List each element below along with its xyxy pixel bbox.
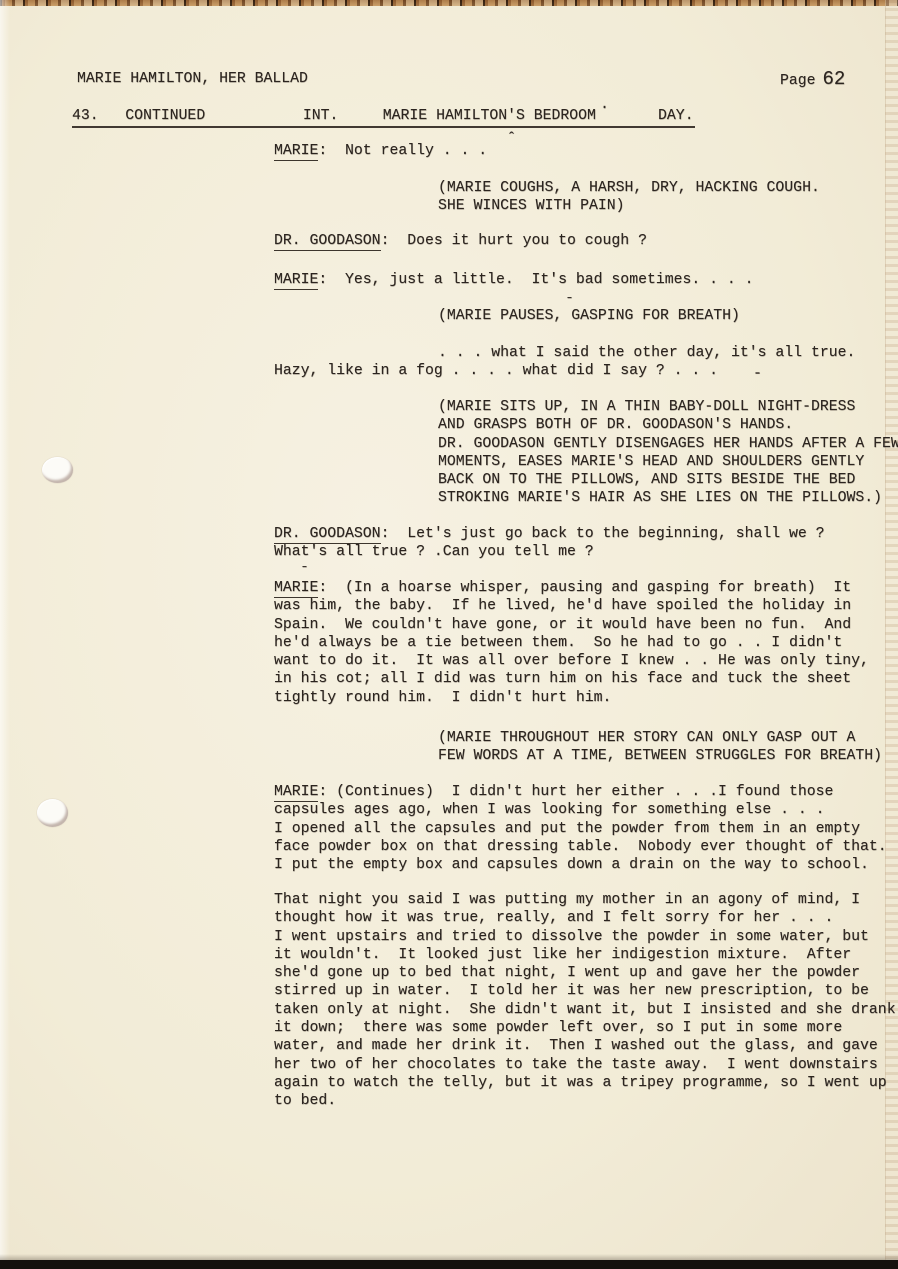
script-line: face powder box on that dressing table. … [274,838,887,856]
script-line: tightly round him. I didn't hurt him. [274,689,869,707]
speaker-name: MARIE [274,580,318,598]
script-line: in his cot; all I did was turn him on hi… [274,670,869,688]
script-line: Spain. We couldn't have gone, or it woul… [274,616,869,634]
script-line: want to do it. It was all over before I … [274,652,869,670]
script-line: she'd gone up to bed that night, I went … [274,964,896,982]
dialogue-goodason-beginning: DR. GOODASON: Let's just go back to the … [274,525,825,562]
stage-direction-gasp: (MARIE THROUGHOUT HER STORY CAN ONLY GAS… [438,729,882,766]
script-line: I opened all the capsules and put the po… [274,820,887,838]
script-line: it wouldn't. It looked just like her ind… [274,946,896,964]
speaker-name: MARIE [274,143,318,161]
script-line: (MARIE COUGHS, A HARSH, DRY, HACKING COU… [438,179,820,197]
dialogue-marie-what-i-said: . . . what I said the other day, it's al… [438,344,855,362]
page-number: Page62 [780,68,845,90]
script-line: SHE WINCES WITH PAIN) [438,197,820,215]
dialogue-goodason-hurt: DR. GOODASON: Does it hurt you to cough … [274,232,647,250]
speaker-name: DR. GOODASON [274,526,381,544]
stray-typewriter-mark: . [600,100,609,110]
script-line: DR. GOODASON: Does it hurt you to cough … [274,232,647,250]
script-line: DR. GOODASON: Let's just go back to the … [274,525,825,543]
script-line: he'd always be a tie between them. So he… [274,634,869,652]
script-line: to bed. [274,1092,896,1110]
script-line: taken only at night. She didn't want it,… [274,1001,896,1019]
stray-typewriter-mark: ˉ [565,299,574,309]
speaker-name: MARIE [274,784,318,802]
script-line: (MARIE SITS UP, IN A THIN BABY-DOLL NIGH… [438,398,898,416]
punch-hole-bottom [37,799,68,827]
dialogue-marie-not-really: MARIE: Not really . . . [274,142,487,160]
script-line: (MARIE PAUSES, GASPING FOR BREATH) [438,307,740,325]
dialogue-marie-hazy: Hazy, like in a fog . . . . what did I s… [274,362,718,380]
stray-typewriter-mark: ˉ [300,568,309,578]
script-line: stirred up in water. I told her it was h… [274,982,896,1000]
page-top-edge [0,0,898,6]
page-number-value: 62 [823,68,846,90]
script-line: MARIE: Yes, just a little. It's bad some… [274,271,754,289]
dialogue-marie-that-night: That night you said I was putting my mot… [274,891,896,1111]
stage-direction-pauses: (MARIE PAUSES, GASPING FOR BREATH) [438,307,740,325]
script-line: it down; there was some powder left over… [274,1019,896,1037]
script-line: again to watch the telly, but it was a t… [274,1074,896,1092]
punch-hole-top [42,457,73,483]
script-line: . . . what I said the other day, it's al… [438,344,855,362]
script-line: MARIE: (In a hoarse whisper, pausing and… [274,579,869,597]
script-line: (MARIE THROUGHOUT HER STORY CAN ONLY GAS… [438,729,882,747]
stage-direction-coughs: (MARIE COUGHS, A HARSH, DRY, HACKING COU… [438,179,820,216]
page-label: Page [780,73,816,89]
script-line: BACK ON TO THE PILLOWS, AND SITS BESIDE … [438,471,898,489]
script-line: FEW WORDS AT A TIME, BETWEEN STRUGGLES F… [438,747,882,765]
script-line: MARIE: (Continues) I didn't hurt her eit… [274,783,887,801]
script-page: MARIE HAMILTON, HER BALLAD Page62 43. CO… [0,0,898,1269]
script-line: water, and made her drink it. Then I was… [274,1037,896,1055]
script-line: her two of her chocolates to take the ta… [274,1056,896,1074]
stray-typewriter-mark: ˆ [507,134,516,144]
dialogue-marie-yes: MARIE: Yes, just a little. It's bad some… [274,271,754,289]
script-line: DR. GOODASON GENTLY DISENGAGES HER HANDS… [438,435,898,453]
speaker-name: MARIE [274,272,318,290]
stage-direction-sits-up: (MARIE SITS UP, IN A THIN BABY-DOLL NIGH… [438,398,898,508]
script-line: thought how it was true, really, and I f… [274,909,896,927]
script-line: I put the empty box and capsules down a … [274,856,887,874]
script-title: MARIE HAMILTON, HER BALLAD [77,71,308,87]
script-line: STROKING MARIE'S HAIR AS SHE LIES ON THE… [438,489,898,507]
script-line: That night you said I was putting my mot… [274,891,896,909]
script-line: was him, the baby. If he lived, he'd hav… [274,597,869,615]
script-line: I went upstairs and tried to dissolve th… [274,928,896,946]
script-line: AND GRASPS BOTH OF DR. GOODASON'S HANDS. [438,416,898,434]
script-line: capsules ages ago, when I was looking fo… [274,801,887,819]
script-line: What's all true ? .Can you tell me ? [274,543,825,561]
script-line: MARIE: Not really . . . [274,142,487,160]
page-left-edge [0,0,10,1269]
script-line: Hazy, like in a fog . . . . what did I s… [274,362,718,380]
dialogue-marie-capsules: MARIE: (Continues) I didn't hurt her eit… [274,783,887,874]
stray-typewriter-mark: - [753,369,762,379]
dialogue-marie-baby: MARIE: (In a hoarse whisper, pausing and… [274,579,869,707]
script-line: MOMENTS, EASES MARIE'S HEAD AND SHOULDER… [438,453,898,471]
speaker-name: DR. GOODASON [274,233,381,251]
page-bottom-edge [0,1260,898,1269]
